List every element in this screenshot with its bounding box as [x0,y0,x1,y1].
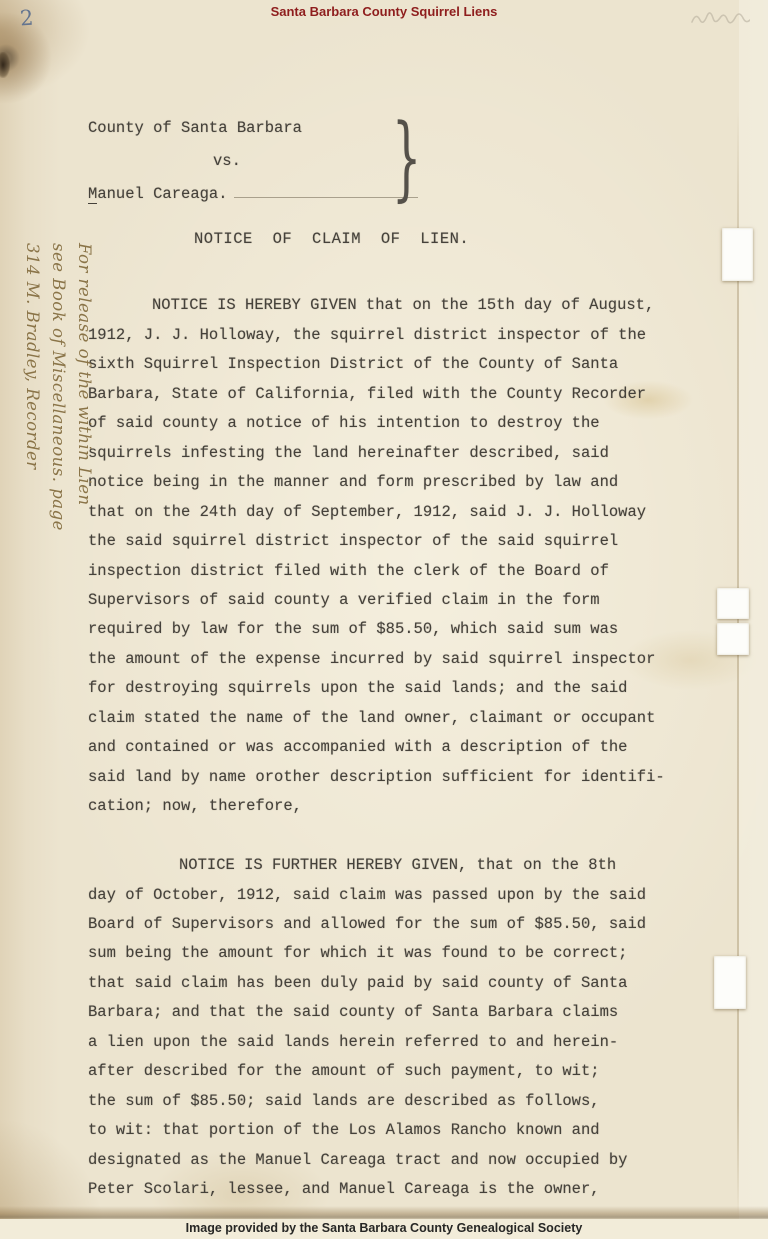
archive-tab [714,956,746,1009]
page-number-stamp: 2 [19,6,34,31]
caption-defendant-row: Manuel Careaga. [88,178,418,211]
caption-defendant-name: anuel Careaga. [97,185,227,203]
handwritten-margin-note: For release of the within Lien see Book … [19,243,97,748]
archive-tab [722,228,753,281]
archive-tab [717,623,749,655]
ink-blotch-stain [0,52,10,78]
collection-header-title: Santa Barbara County Squirrel Liens [0,4,768,19]
archive-tab [717,588,749,619]
caption-plaintiff: County of Santa Barbara [88,112,418,145]
case-caption: County of Santa Barbara vs. Manuel Carea… [88,112,418,211]
caption-defendant-initial: M [88,185,97,204]
caption-versus: vs. [88,145,418,178]
paragraph-notice-further-given: NOTICE IS FURTHER HEREBY GIVEN, that on … [88,851,700,1204]
caption-underline [234,180,418,198]
paragraph-notice-given: NOTICE IS HEREBY GIVEN that on the 15th … [88,291,700,821]
pencil-mark-icon [688,6,750,36]
caption-brace: } [392,104,421,211]
document-body: NOTICE IS HEREBY GIVEN that on the 15th … [88,262,700,1234]
document-title: NOTICE OF CLAIM OF LIEN. [194,230,469,248]
footer-credit: Image provided by the Santa Barbara Coun… [0,1221,768,1235]
